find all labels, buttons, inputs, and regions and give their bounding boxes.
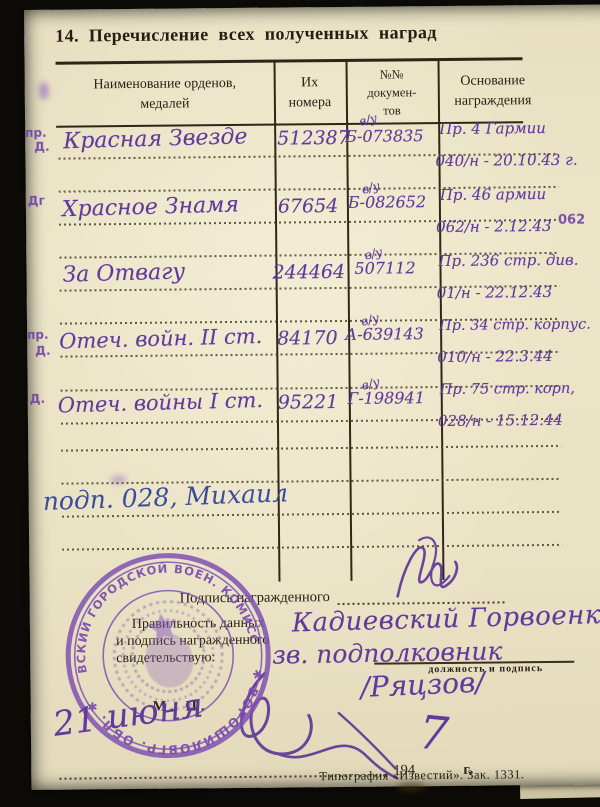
column-header-doc: №№ докумен- тов [346,65,439,120]
award-basis-line2: 01/н - 22.12.43 [437,283,553,302]
military-commissariat-stamp: КАДИЕВСКИЙ ГОРОДСКОЙ ВОЕН. КОМИССАРИАТ ✱… [43,531,293,781]
year-digit-handwritten: 7 [416,705,450,762]
doc-number: А-639143 [345,324,424,344]
award-basis-line1: Пр. 34 стр. корпус. [439,317,591,334]
award-number: 95221 [278,391,339,414]
award-basis-line2: 028/н - 15.12.44 [438,411,563,430]
doc-number: Г-198941 [348,388,425,408]
awardee-signature [383,530,488,615]
table-top-border [55,57,522,64]
award-basis-line2: 010/н - 22.3.44 [437,347,553,366]
scanned-award-document: { "document": { "section_number": "14.",… [0,0,600,807]
award-number: 244464 [272,261,345,284]
award-entry: Отеч. войн. II ст. 84170 в/у А-639143 Пр… [24,4,600,10]
award-basis-line1: Пр. 236 стр. див. [438,251,578,270]
award-basis-line1: Пр. 46 армии [440,185,547,204]
column-header-name: Наименование орденов, медалей [56,74,274,117]
margin-mark: Д. [30,392,45,406]
section-title: 14. Перечисление всех полученных наград [55,22,437,47]
award-entry: Красная Звезде 512387 в/у Б-073835 Пр. 4… [24,4,600,10]
award-basis-line1: Пр. 75 стр. корп, [440,381,575,398]
award-entry: Храсное Знамя 67654 в/у Б-082652 Пр. 46 … [24,4,600,10]
doc-number: Б-073835 [345,126,423,146]
award-number: 84170 [277,327,338,350]
document-page: 14. Перечисление всех полученных наград … [24,4,600,790]
award-number: 67654 [278,195,339,218]
section-number: 14. [55,25,79,45]
ink-smudge [39,82,49,100]
award-entry: Отеч. войны I ст. 95221 в/у Г-198941 Пр.… [24,4,600,10]
margin-mark: Дг [28,194,45,208]
margin-mark: пр. [27,328,49,342]
margin-mark: пр. [25,126,47,140]
award-entry: За Отвагу 244464 в/у 507112 Пр. 236 стр.… [24,4,600,10]
section-title-text: Перечисление всех полученных наград [89,22,437,45]
margin-mark: Д. [34,140,49,154]
award-basis-line1: Пр. 4 Гармии [439,119,546,138]
award-name: Храсное Знамя [62,192,240,222]
correction-mark: 062 [558,213,585,228]
margin-mark: Д. [35,344,50,358]
award-name: Красная Звезде [63,124,248,154]
doc-number: 507112 [354,258,415,278]
award-basis-line2: 040/н - 20.10.43 г. [435,151,577,170]
award-name: За Отвагу [62,259,185,287]
award-basis-line2: 062/н - 2.12.43 [436,217,552,236]
column-header-basis: Основание награждения [438,71,548,113]
award-number: 512387 [277,127,350,150]
stain [397,782,425,791]
doc-number: Б-082652 [348,192,426,212]
printshop-imprint: Типография «Известий». Зак. 1331. [319,767,524,784]
column-header-number: Их номера [274,73,346,114]
row-line [61,445,561,452]
